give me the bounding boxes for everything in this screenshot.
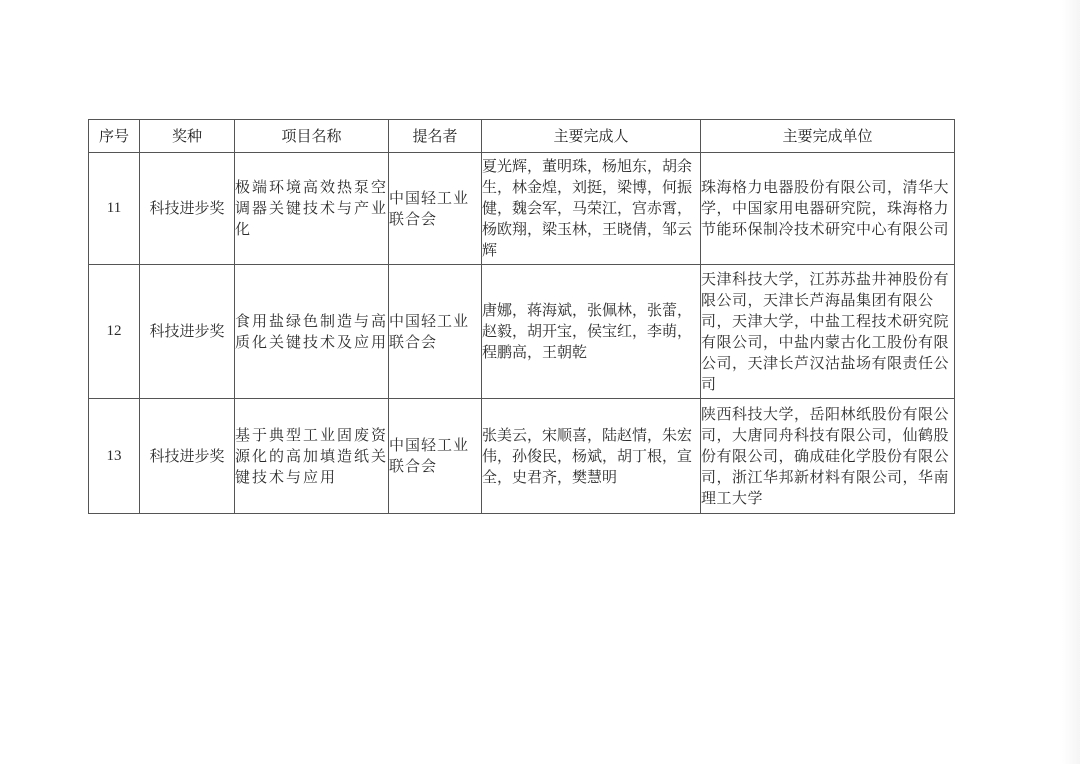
cell-project-name: 食用盐绿色制造与高质化关键技术及应用: [235, 265, 389, 399]
table-row: 13 科技进步奖 基于典型工业固废资源化的高加填造纸关键技术与应用 中国轻工业联…: [89, 399, 955, 514]
nominator-text: 中国轻工业联合会: [389, 311, 481, 353]
header-nominator: 提名者: [389, 120, 482, 153]
units-text: 天津科技大学，江苏苏盐井神股份有限公司，天津长芦海晶集团有限公司，天津大学，中盐…: [701, 269, 954, 395]
cell-no: 12: [89, 265, 140, 399]
cell-nominator: 中国轻工业联合会: [389, 153, 482, 265]
page-edge-shadow: [1062, 0, 1080, 764]
award-table: 序号 奖种 项目名称 提名者 主要完成人 主要完成单位 11 科技进步奖 极端环…: [88, 119, 955, 514]
units-text: 珠海格力电器股份有限公司，清华大学，中国家用电器研究院，珠海格力节能环保制冷技术…: [701, 177, 954, 240]
cell-award-type: 科技进步奖: [140, 399, 235, 514]
header-award-type: 奖种: [140, 120, 235, 153]
nominator-text: 中国轻工业联合会: [389, 188, 481, 230]
cell-no: 11: [89, 153, 140, 265]
cell-project-name: 基于典型工业固废资源化的高加填造纸关键技术与应用: [235, 399, 389, 514]
table-row: 11 科技进步奖 极端环境高效热泵空调器关键技术与产业化 中国轻工业联合会 夏光…: [89, 153, 955, 265]
cell-award-type: 科技进步奖: [140, 153, 235, 265]
cell-main-contributors: 张美云，宋顺喜，陆赵情，朱宏伟，孙俊民，杨斌，胡丁根，宣全，史君齐，樊慧明: [482, 399, 701, 514]
header-main-units: 主要完成单位: [701, 120, 955, 153]
cell-main-units: 天津科技大学，江苏苏盐井神股份有限公司，天津长芦海晶集团有限公司，天津大学，中盐…: [701, 265, 955, 399]
cell-main-units: 陕西科技大学，岳阳林纸股份有限公司，大唐同舟科技有限公司，仙鹤股份有限公司，确成…: [701, 399, 955, 514]
cell-no: 13: [89, 399, 140, 514]
cell-nominator: 中国轻工业联合会: [389, 265, 482, 399]
project-name-text: 食用盐绿色制造与高质化关键技术及应用: [235, 311, 388, 353]
cell-project-name: 极端环境高效热泵空调器关键技术与产业化: [235, 153, 389, 265]
cell-award-type: 科技进步奖: [140, 265, 235, 399]
table-header-row: 序号 奖种 项目名称 提名者 主要完成人 主要完成单位: [89, 120, 955, 153]
cell-main-contributors: 唐娜，蒋海斌，张佩林，张蕾，赵毅，胡开宝，侯宝红，李萌，程鹏高，王朝乾: [482, 265, 701, 399]
cell-main-units: 珠海格力电器股份有限公司，清华大学，中国家用电器研究院，珠海格力节能环保制冷技术…: [701, 153, 955, 265]
units-text: 陕西科技大学，岳阳林纸股份有限公司，大唐同舟科技有限公司，仙鹤股份有限公司，确成…: [701, 404, 954, 509]
project-name-text: 基于典型工业固废资源化的高加填造纸关键技术与应用: [235, 425, 388, 488]
cell-nominator: 中国轻工业联合会: [389, 399, 482, 514]
header-main-contributors: 主要完成人: [482, 120, 701, 153]
table-row: 12 科技进步奖 食用盐绿色制造与高质化关键技术及应用 中国轻工业联合会 唐娜，…: [89, 265, 955, 399]
cell-main-contributors: 夏光辉，董明珠，杨旭东，胡余生，林金煌，刘挺，梁博，何振健，魏会军，马荣江，宫赤…: [482, 153, 701, 265]
project-name-text: 极端环境高效热泵空调器关键技术与产业化: [235, 177, 388, 240]
nominator-text: 中国轻工业联合会: [389, 435, 481, 477]
header-no: 序号: [89, 120, 140, 153]
contributors-text: 唐娜，蒋海斌，张佩林，张蕾，赵毅，胡开宝，侯宝红，李萌，程鹏高，王朝乾: [482, 300, 700, 363]
header-project-name: 项目名称: [235, 120, 389, 153]
contributors-text: 张美云，宋顺喜，陆赵情，朱宏伟，孙俊民，杨斌，胡丁根，宣全，史君齐，樊慧明: [482, 425, 700, 488]
contributors-text: 夏光辉，董明珠，杨旭东，胡余生，林金煌，刘挺，梁博，何振健，魏会军，马荣江，宫赤…: [482, 156, 700, 261]
